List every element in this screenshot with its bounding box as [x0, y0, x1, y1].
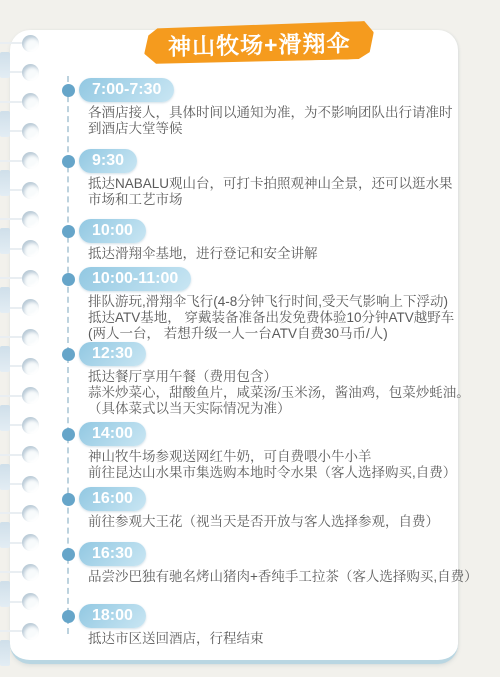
- itinerary-slot: 14:00 神山牧牛场参观送网红牛奶，可自费喂小牛小羊前往昆达山水果市集选购本地…: [0, 422, 500, 446]
- binder-hole: [22, 564, 39, 581]
- time-pill: 10:00: [79, 219, 146, 243]
- binder-hole: [22, 182, 39, 199]
- time-pill: 16:00: [79, 487, 146, 511]
- timeline-dot: [62, 155, 75, 168]
- itinerary-slot: 16:30 品尝沙巴独有驰名烤山猪肉+香纯手工拉茶（客人选择购买,自费）: [0, 542, 500, 566]
- itinerary-slot: 7:00-7:30 各酒店接人，具体时间以通知为准，为不影响团队出行请准时到酒店…: [0, 78, 500, 102]
- time-pill: 14:00: [79, 422, 146, 446]
- binder-hole: [22, 446, 39, 463]
- itinerary-slot: 10:00-11:00 排队游玩,滑翔伞飞行(4-8分钟飞行时间,受天气影响上下…: [0, 267, 500, 291]
- slot-text-line: 到酒店大堂等候: [88, 121, 460, 137]
- slot-lines: 前往参观大王花（视当天是否开放与客人选择参观，自费）: [88, 514, 460, 530]
- slot-lines: 抵达NABALU观山台，可打卡拍照观神山全景，还可以逛水果市场和工艺市场: [88, 176, 460, 208]
- slot-lines: 抵达市区送回酒店，行程结束: [88, 631, 460, 647]
- slot-text-line: 抵达ATV基地， 穿戴装备准备出发免费体验10分钟ATV越野车: [88, 310, 460, 326]
- binder-tab: [0, 52, 10, 78]
- slot-text-line: 抵达NABALU观山台，可打卡拍照观神山全景，还可以逛水果: [88, 176, 460, 192]
- slot-text-line: 前往昆达山水果市集选购本地时令水果（客人选择购买,自费）: [88, 465, 460, 481]
- slot-text-line: 排队游玩,滑翔伞飞行(4-8分钟飞行时间,受天气影响上下浮动): [88, 294, 460, 310]
- time-pill: 7:00-7:30: [79, 78, 174, 102]
- slot-text-line: 前往参观大王花（视当天是否开放与客人选择参观，自费）: [88, 514, 460, 530]
- slot-text-line: (两人一台， 若想升级一人一台ATV自费30马币/人): [88, 326, 460, 342]
- slot-text-line: （具体菜式以当天实际情况为准）: [88, 401, 460, 417]
- slot-text-line: 抵达市区送回酒店，行程结束: [88, 631, 460, 647]
- binder-tab: [0, 111, 10, 137]
- timeline-dot: [62, 548, 75, 561]
- timeline-dot: [62, 610, 75, 623]
- itinerary-slot: 9:30 抵达NABALU观山台，可打卡拍照观神山全景，还可以逛水果市场和工艺市…: [0, 149, 500, 173]
- slot-text-line: 抵达餐厅享用午餐（费用包含）: [88, 369, 460, 385]
- binder-tab: [0, 640, 10, 666]
- slot-lines: 抵达餐厅享用午餐（费用包含）蒜米炒菜心，甜酸鱼片，咸菜汤/玉米汤，酱油鸡，包菜炒…: [88, 369, 460, 418]
- itinerary-slot: 10:00 抵达滑翔伞基地，进行登记和安全讲解: [0, 219, 500, 243]
- time-pill: 12:30: [79, 342, 146, 366]
- binder-tab: [0, 287, 10, 313]
- timeline-dot: [62, 348, 75, 361]
- binder-hole: [22, 299, 39, 316]
- binder-tab: [0, 464, 10, 490]
- timeline-dot: [62, 84, 75, 97]
- itinerary-slot: 18:00 抵达市区送回酒店，行程结束: [0, 604, 500, 628]
- slot-text-line: 神山牧牛场参观送网红牛奶，可自费喂小牛小羊: [88, 449, 460, 465]
- slot-text-line: 品尝沙巴独有驰名烤山猪肉+香纯手工拉茶（客人选择购买,自费）: [88, 569, 460, 585]
- binder-tab: [0, 170, 10, 196]
- slot-lines: 排队游玩,滑翔伞飞行(4-8分钟飞行时间,受天气影响上下浮动)抵达ATV基地， …: [88, 294, 460, 343]
- slot-lines: 各酒店接人，具体时间以通知为准，为不影响团队出行请准时到酒店大堂等候: [88, 105, 460, 137]
- binder-hole: [22, 35, 39, 52]
- slot-lines: 抵达滑翔伞基地，进行登记和安全讲解: [88, 246, 460, 262]
- binder-hole: [22, 123, 39, 140]
- slot-lines: 神山牧牛场参观送网红牛奶，可自费喂小牛小羊前往昆达山水果市集选购本地时令水果（客…: [88, 449, 460, 481]
- slot-text-line: 市场和工艺市场: [88, 192, 460, 208]
- slot-text-line: 抵达滑翔伞基地，进行登记和安全讲解: [88, 246, 460, 262]
- timeline-dot: [62, 493, 75, 506]
- timeline-dot: [62, 273, 75, 286]
- time-pill: 18:00: [79, 604, 146, 628]
- slot-lines: 品尝沙巴独有驰名烤山猪肉+香纯手工拉茶（客人选择购买,自费）: [88, 569, 460, 585]
- time-pill: 10:00-11:00: [79, 267, 191, 291]
- itinerary-slot: 12:30 抵达餐厅享用午餐（费用包含）蒜米炒菜心，甜酸鱼片，咸菜汤/玉米汤，酱…: [0, 342, 500, 366]
- slot-text-line: 各酒店接人，具体时间以通知为准，为不影响团队出行请准时: [88, 105, 460, 121]
- timeline-dot: [62, 428, 75, 441]
- page-background: { "banner": { "title": "神山牧场+滑翔伞" }, "th…: [0, 0, 500, 677]
- slot-text-line: 蒜米炒菜心，甜酸鱼片，咸菜汤/玉米汤，酱油鸡，包菜炒蚝油。: [88, 385, 460, 401]
- time-pill: 9:30: [79, 149, 137, 173]
- itinerary-slot: 16:00 前往参观大王花（视当天是否开放与客人选择参观，自费）: [0, 487, 500, 511]
- time-pill: 16:30: [79, 542, 146, 566]
- timeline-dot: [62, 225, 75, 238]
- banner: 神山牧场+滑翔伞: [144, 21, 375, 65]
- banner-title: 神山牧场+滑翔伞: [167, 25, 350, 62]
